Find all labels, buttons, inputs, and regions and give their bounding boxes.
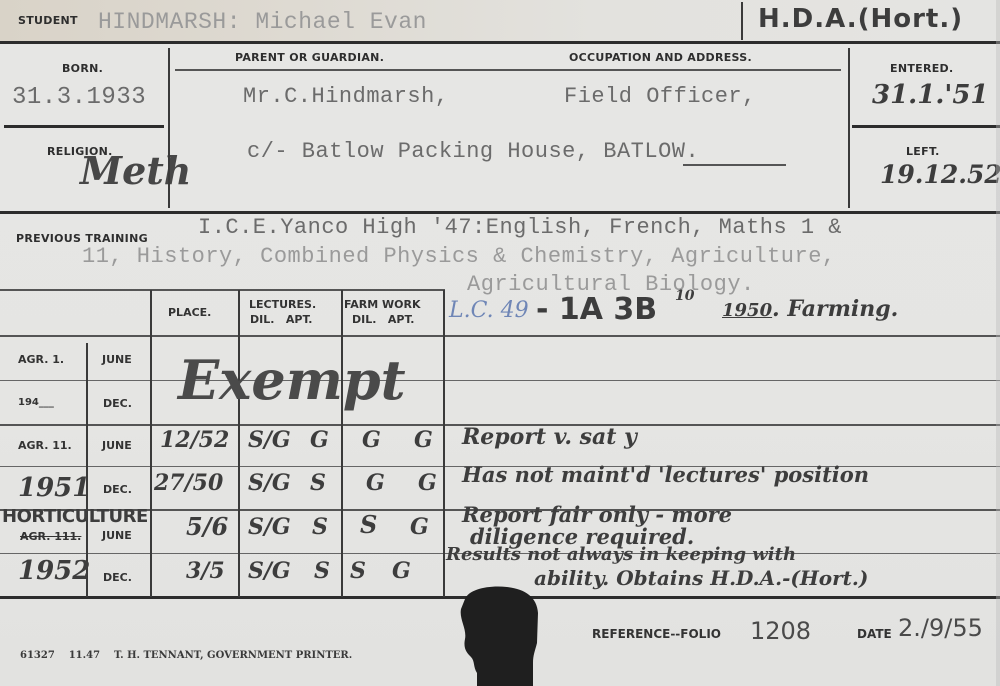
- personal-section-rule: [0, 211, 1000, 214]
- row4-place: 27/50: [154, 470, 223, 496]
- row6-place: 3/5: [186, 558, 225, 584]
- entered-value: 31.1.'51: [872, 80, 989, 110]
- row6-lec-apt: S: [314, 558, 330, 584]
- religion-value: Meth: [80, 148, 191, 193]
- row5-lec-apt: S: [312, 514, 328, 540]
- row6-remark: Results not always in keeping with: [446, 544, 796, 565]
- row-term-4: DEC.: [103, 483, 132, 496]
- row3-farm-dil: G: [362, 427, 381, 453]
- header-divider: [741, 2, 743, 40]
- row-year-label-5: AGR. 111.: [20, 530, 81, 543]
- left-value: 19.12.52: [880, 160, 1000, 189]
- student-record-card: STUDENT HINDMARSH: Michael Evan H.D.A.(H…: [0, 0, 1000, 686]
- reference-folio-value: 1208: [750, 617, 811, 645]
- grid-col-farm: [341, 290, 343, 597]
- parent-address: c/- Batlow Packing House, BATLOW.: [247, 139, 699, 164]
- row3-farm-apt: G: [414, 427, 433, 453]
- parent-rule: [175, 69, 841, 71]
- row5-place: 5/6: [186, 512, 228, 541]
- date-value: 2./9/55: [898, 614, 983, 642]
- entered-column-divider: [848, 48, 850, 208]
- lectures-header: LECTURES.: [249, 298, 316, 311]
- row3-lec-dil: S/G: [248, 427, 291, 453]
- occupation-label: OCCUPATION AND ADDRESS.: [569, 51, 752, 64]
- course-title: H.D.A.(Hort.): [758, 4, 963, 34]
- previous-training-line1: I.C.E.Yanco High '47:English, French, Ma…: [198, 215, 842, 240]
- header-rule: [0, 41, 1000, 44]
- entered-divider: [852, 125, 1000, 128]
- row6-farm-dil: S: [350, 558, 366, 584]
- row-year-label-6: 1952: [18, 556, 90, 586]
- born-label: BORN.: [62, 62, 103, 75]
- exempt-note: Exempt: [178, 348, 406, 412]
- lc-annotation: L.C. 49: [449, 298, 529, 323]
- row4-farm-apt: G: [418, 470, 437, 496]
- place-header: PLACE.: [168, 306, 211, 319]
- row6-lec-dil: S/G: [248, 558, 291, 584]
- row5-lec-dil: S/G: [248, 514, 291, 540]
- born-divider: [4, 125, 164, 128]
- row-year-label-3: AGR. 11.: [18, 439, 72, 452]
- horticulture-override: HORTICULTURE: [2, 506, 148, 527]
- lc-year: 1950: [722, 300, 772, 321]
- row-year-label-1: AGR. 1.: [18, 353, 64, 366]
- left-label: LEFT.: [906, 145, 940, 158]
- row6-farm-apt: G: [392, 558, 411, 584]
- farm-work-header: FARM WORK: [344, 298, 421, 311]
- student-label: STUDENT: [18, 14, 78, 27]
- row-term-6: DEC.: [103, 571, 132, 584]
- row4-farm-dil: G: [366, 470, 385, 496]
- date-label: DATE: [857, 627, 892, 641]
- row3-lec-apt: G: [310, 427, 329, 453]
- born-column-divider: [168, 48, 170, 208]
- batlow-underline: [683, 164, 786, 166]
- grid-col-remarks: [443, 290, 445, 597]
- silhouette-tab-shape: [455, 585, 540, 686]
- grid-col-lectures: [238, 290, 240, 597]
- lc-note: . Farming.: [772, 296, 898, 322]
- lectures-subheader: DIL. APT.: [250, 313, 313, 326]
- reference-folio-label: REFERENCE--FOLIO: [592, 627, 721, 641]
- born-value: 31.3.1933: [12, 84, 146, 111]
- row3-remark: Report v. sat y: [462, 424, 637, 450]
- row-term-2: DEC.: [103, 397, 132, 410]
- entered-label: ENTERED.: [890, 62, 953, 75]
- row4-lec-apt: S: [310, 470, 326, 496]
- grid-top-rule: [0, 289, 445, 291]
- row3-place: 12/52: [160, 427, 229, 453]
- row-year-label-4: 1951: [18, 473, 90, 503]
- row4-lec-dil: S/G: [248, 470, 291, 496]
- row5-farm-apt: G: [410, 514, 429, 540]
- card-right-edge: [996, 0, 1000, 686]
- student-name: HINDMARSH: Michael Evan: [98, 9, 427, 35]
- row6-remark-2: ability. Obtains H.D.A.-(Hort.): [534, 566, 868, 590]
- farm-work-subheader: DIL. APT.: [352, 313, 415, 326]
- row-year-label-2: 194___: [18, 397, 54, 408]
- printer-imprint: 61327 11.47 T. H. TENNANT, GOVERNMENT PR…: [20, 650, 352, 661]
- lc-result-superscript: 10: [675, 288, 694, 304]
- occupation-value: Field Officer,: [564, 84, 756, 109]
- parent-name: Mr.C.Hindmarsh,: [243, 84, 449, 109]
- parent-label: PARENT OR GUARDIAN.: [235, 51, 384, 64]
- row-term-1: JUNE: [102, 353, 132, 366]
- row-term-5: JUNE: [102, 529, 132, 542]
- row5-farm-dil: S: [360, 510, 377, 539]
- row-term-3: JUNE: [102, 439, 132, 452]
- grid-col-place: [150, 290, 152, 597]
- previous-training-line2: 11, History, Combined Physics & Chemistr…: [82, 244, 836, 269]
- lc-result: - 1A 3B: [536, 292, 657, 327]
- row4-remark: Has not maint'd 'lectures' position: [462, 462, 869, 487]
